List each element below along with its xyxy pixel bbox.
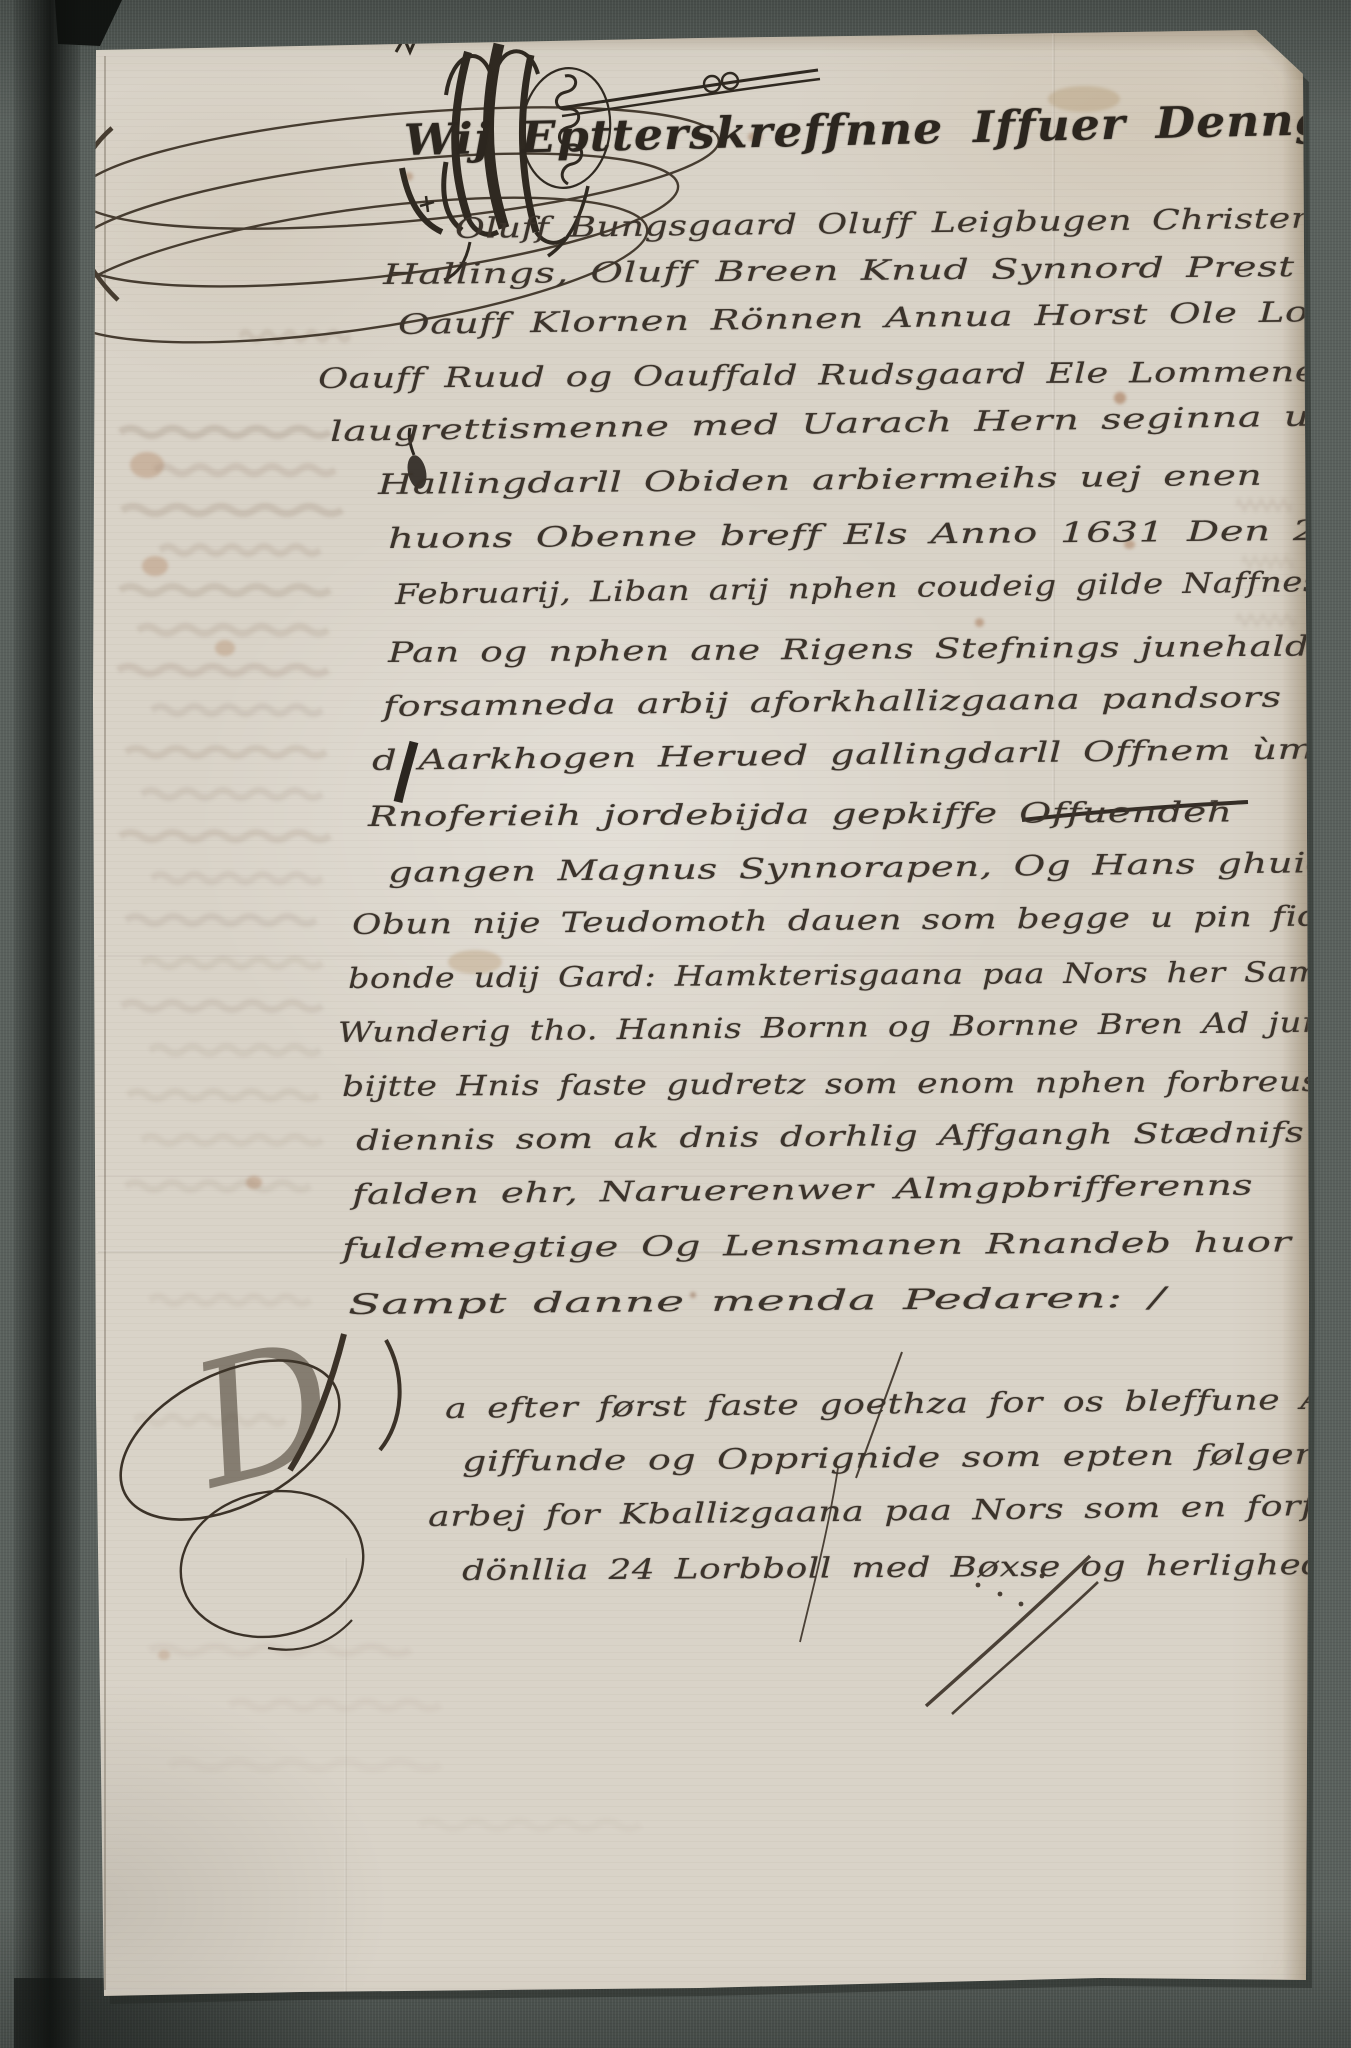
- closing-line-4: dönllia 24 Lorbboll med Bøxse og herligh…: [462, 1548, 1337, 1587]
- body-line-18: diennis som ak dnis dorhlig Affgangh Stæ…: [356, 1116, 1305, 1157]
- body-line-14: Obun nije Teudomoth dauen som begge u pi…: [352, 899, 1343, 941]
- closing-initial-d: D: [177, 1316, 350, 1514]
- fold-crease: [344, 1558, 347, 1996]
- body-line-7: huons Obenne breff Els Anno 1631 Den 24: [388, 514, 1346, 555]
- under-sheet-edge: [104, 56, 106, 1990]
- body-line-4: Oauff Ruud og Oauffald Rudsgaard Ele Lom…: [318, 355, 1317, 395]
- stain: [404, 172, 413, 181]
- closing-line-3: arbej for Kballizgaana paa Nors som en f…: [428, 1488, 1351, 1533]
- stain: [215, 640, 235, 656]
- body-line-11: d Aarkhogen Herued gallingdarll Offnem ù…: [372, 732, 1315, 777]
- body-line-3: Oauff Klornen Rönnen Annua Horst Ole Lon: [398, 295, 1335, 341]
- body-line-5: laugrettismenne med Uarach Hern seginna …: [330, 399, 1324, 448]
- body-line-12: Rnoferieih jordebijda gepkiffe Offuendeh: [368, 795, 1233, 833]
- stain: [158, 1650, 170, 1660]
- body-line-2: Hallings, Oluff Breen Knud Synnord Prest: [383, 250, 1295, 291]
- body-line-6: Hallingdarll Obiden arbiermeihs uej enen: [378, 459, 1263, 501]
- body-line-17: bijtte Hnis faste gudretz som enom nphen…: [342, 1065, 1332, 1103]
- stain: [975, 618, 984, 627]
- body-line-16: Wunderig tho. Hannis Bornn og Bornne Bre…: [338, 1005, 1351, 1049]
- body-line-13: gangen Magnus Synnorapen, Og Hans ghuide: [388, 846, 1351, 889]
- heading-line: Wij Eptterskreffnne Iffuer Denngerud: [403, 92, 1351, 166]
- manuscript-photograph: Wij Eptterskreffnne Iffuer Denngerud Olu…: [0, 0, 1351, 2048]
- closing-line-1: a efter først faste goethza for os bleff…: [445, 1382, 1351, 1425]
- body-line-20: fuldemegtige Og Lensmanen Rnandeb huor 7…: [342, 1225, 1351, 1265]
- stain: [130, 452, 164, 478]
- stain: [246, 1176, 262, 1189]
- body-line-9: Pan og nphen ane Rigens Stefnings juneha…: [388, 629, 1333, 669]
- body-line-10: forsamneda arbij aforkhallizgaana pandso…: [383, 681, 1282, 723]
- manuscript-page: Wij Eptterskreffnne Iffuer Denngerud Olu…: [0, 0, 1351, 2048]
- stain: [142, 556, 168, 576]
- binding-shadow-strip: [14, 0, 80, 2048]
- body-line-15: bonde udij Gard: Hamkterisgaana paa Nors…: [348, 955, 1351, 995]
- closing-line-2: giffunde og Opprignide som epten følger: [462, 1438, 1313, 1478]
- body-line-21: Sampt danne menda Pedaren: /: [348, 1281, 1166, 1321]
- body-line-8: Februarij, Liban arij nphen coudeig gild…: [395, 565, 1344, 611]
- body-line-1: Oluff Bungsgaard Oluff Leigbugen Christe…: [455, 201, 1339, 245]
